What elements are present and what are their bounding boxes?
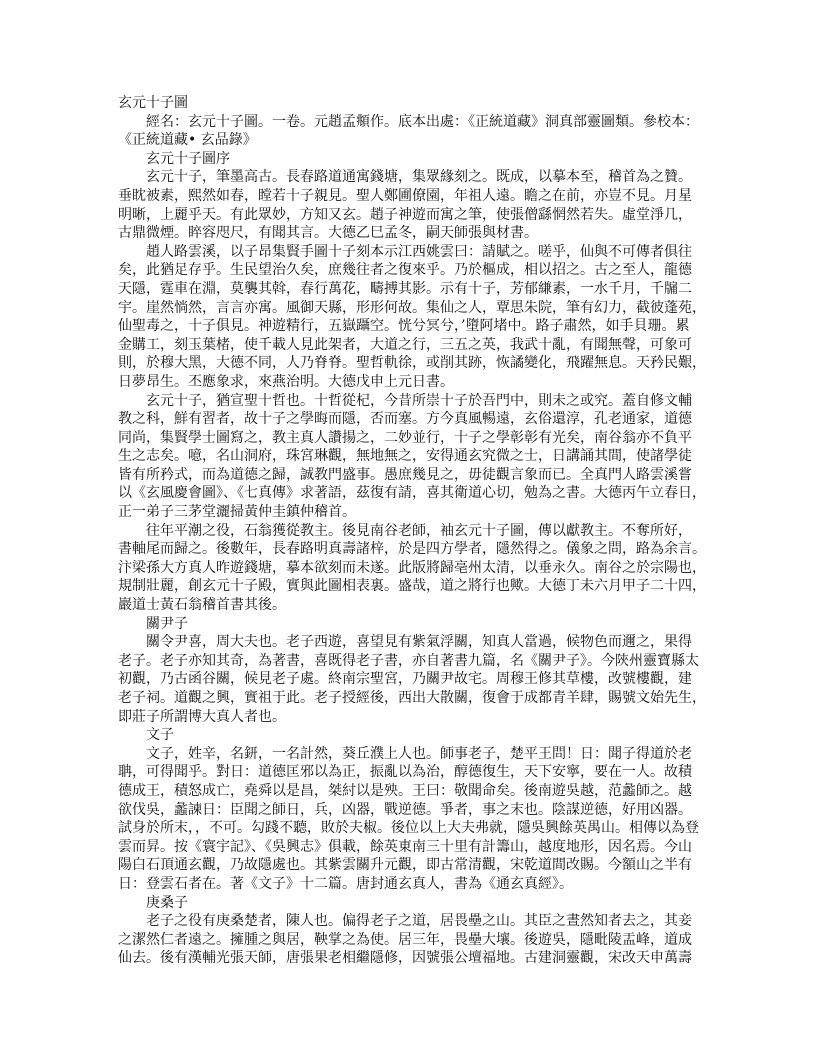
text-line: 玄元十子，猶宣聖十哲也。十哲從杞，今昔所崇十子於吾門中，則未之或究。蓋自修文輔: [118, 392, 706, 411]
text-line: 金購工，刻玉葉楮，使千載人見此架者，大道之行，三五之英，我武十亂，有聞無聲，可象…: [118, 336, 706, 355]
text-line: 雲而昇。按《寰宇記》、《吳興志》俱載，餘英東南三十里有計籌山，越度地形，因名焉。…: [118, 838, 706, 857]
text-line: 老子祠。道觀之興，實祖于此。老子授經後，西出大散關，復會于成都青羊肆，賜號文始先…: [118, 689, 706, 708]
text-line: 皆有所矜式，而為道德之歸，誠教門盛事。愚庶幾見之，毋徒觀言象而已。全真門人路雲溪…: [118, 466, 706, 485]
text-line: 欲伐吳，蠡諫日：臣聞之師日，兵，凶器，戰逆德。爭者，事之末也。陰謀逆德，好用凶器…: [118, 801, 706, 820]
text-line: 德成王，積怒成亡，堯舜以是昌，桀紂以是殃。王曰：敬聞命矣。後南遊吳越，范蠡師之。…: [118, 782, 706, 801]
text-line: 老子之役有庚桑楚者，陳人也。偏得老子之道，居畏壘之山。其臣之晝然知者去之，其妾: [118, 912, 706, 931]
text-line: 宇。崖然惝然，言言亦寓。風御天縣，形形何故。集仙之人，覃思朱院，筆有幻力，截彼蓬…: [118, 299, 706, 318]
text-line: 規制壯麗，創玄元十子殿，實與此圖相表裏。盛哉，道之將行也歟。大德丁未六月甲子二十…: [118, 577, 706, 596]
text-line: 庚桑子: [118, 894, 706, 913]
text-line: 試身於所末，，不可。勾踐不聽，敗於夫椒。後位以上大夫弗就，隱吳興餘英禺山。相傳以…: [118, 819, 706, 838]
text-line: 生之志矣。噫，名山洞府，珠宮琳觀，無地無之，安得通玄究微之士，日講誦其間，使諸學…: [118, 447, 706, 466]
document-page: 玄元十子圖經名：玄元十子圖。一卷。元趙孟頫作。底本出處：《正統道藏》洞真部靈圖類…: [118, 94, 706, 968]
text-line: 仙聖毒之，十子俱見。神遊精行，五嶽躡空。恍兮冥兮，’墮阿堵中。路子肅然，如手貝珊…: [118, 317, 706, 336]
text-line: 往年平潮之役，石翁獲從教主。後見南谷老師，袖玄元十子圖，傳以獻教主。不奪所好，: [118, 522, 706, 541]
text-line: 玄元十子，筆墨高古。長春路道通寓錢塘，集眾緣刻之。既成，以摹本至，稽首為之贊。: [118, 168, 706, 187]
text-line: 陽白石頂通玄觀，乃故隱處也。其紫雲關升元觀，即古常清觀，宋乾道間改賜。今額山之半…: [118, 856, 706, 875]
text-line: 天隱，霆車在淵，莫襲其斡，春行萬花，疇搏其影。示有十子，芳郁縑素，一水千月，千牖…: [118, 280, 706, 299]
text-line: 經名：玄元十子圖。一卷。元趙孟頫作。底本出處：《正統道藏》洞真部靈圖類。參校本：: [118, 113, 706, 132]
text-line: 正一弟子三茅堂灑掃黃仲圭鎮仲稽首。: [118, 503, 706, 522]
text-line: 古鼎微煙。睟容咫尺，有聞其言。大德乙巳孟冬，嗣天師張與材書。: [118, 224, 706, 243]
text-line: 聃，可得聞乎。對日：道德匡邪以為正，振亂以為治，醇德復生，天下安寧，要在一人。故…: [118, 763, 706, 782]
text-line: 文子: [118, 726, 706, 745]
text-line: 關令尹喜，周大夫也。老子西遊，喜望見有紫氣浮關，知真人當過，候物色而邇之，果得: [118, 633, 706, 652]
page-title: 玄元十子圖: [118, 94, 706, 113]
text-line: 巖道士黃石翁稽首書其後。: [118, 596, 706, 615]
text-line: 以《玄風慶會圖》、《七真傳》求著語，茲復有請，喜其衛道心切，勉為之書。大德丙午立…: [118, 484, 706, 503]
text-line: 書軸尾而歸之。後數年，長春路明真壽諸梓，於是四方學者，隱然得之。儀象之問，路為余…: [118, 540, 706, 559]
text-line: 明晰，上麗乎天。有此眾妙，方知又玄。趙子神遊而寓之筆，使張僧繇惘然若失。虛堂淨几…: [118, 206, 706, 225]
text-line: 仙去。後有漢輔光張天師，唐張果老相繼隱修，因號張公壇福地。古建洞靈觀，宋改天申萬…: [118, 949, 706, 968]
text-line: 玄元十子圖序: [118, 150, 706, 169]
text-line: 矣，此猶足存乎。生民望治久矣，庶幾往者之復來乎。乃於樞成，相以招之。古之至人，龍…: [118, 261, 706, 280]
text-line: 垂眈被素，熙然如春，瞠若十子親見。聖人鄭圃僚園，年祖人遠。瞻之在前，亦豈不見。月…: [118, 187, 706, 206]
text-line: 趙人路雲溪，以子昂集賢手圖十子刻本示江西姚雲曰：請賦之。嗟乎，仙與不可傳者俱往: [118, 243, 706, 262]
text-line: 文子，姓辛，名鈃，一名計然，葵丘濮上人也。師事老子，楚平王問！日：聞子得道於老: [118, 745, 706, 764]
text-line: 日夢昂生。丕應象求，來燕治明。大德戊申上元日書。: [118, 373, 706, 392]
text-line: 老子。老子亦知其奇，為著書，喜既得老子書，亦自著書九篇，名《關尹子》。今陝州靈寶…: [118, 652, 706, 671]
text-line: 《正統道藏• 玄品錄》: [118, 131, 706, 150]
text-line: 之潔然仁者遠之。擁腫之與居，鞅掌之為使。居三年，畏壘大壤。後遊吳，隱毗陵盂峰，道…: [118, 931, 706, 950]
text-line: 初觀，乃古函谷關，候見老子處。終南宗聖宮，乃關尹故宅。周穆王修其草樓，改號樓觀，…: [118, 670, 706, 689]
text-line: 汴梁孫大方真人昨遊錢塘，摹本欲刻而未遂。此版將歸亳州太清，以垂永久。南谷之於宗陽…: [118, 559, 706, 578]
text-line: 關尹子: [118, 615, 706, 634]
text-line: 即莊子所謂博大真人者也。: [118, 708, 706, 727]
text-line: 則，於穆大黑，大德不同，人乃脊脊。聖哲軌徐，或削其跡，恢譎變化，飛躍無息。天矜民…: [118, 354, 706, 373]
text-line: 同尚，集賢學士圖寫之，教主真人讚揚之，二妙並行，十子之學彰彰有光矣，南谷翁亦不負…: [118, 429, 706, 448]
text-line: 教之科，鮮有習者，故十子之學晦而隱，否而塞。方今真風暢遠，玄俗還淳，孔老通家，道…: [118, 410, 706, 429]
text-line: 日：登雲石者在。著《文子》十二篇。唐封通玄真人，書為《通玄真經》。: [118, 875, 706, 894]
